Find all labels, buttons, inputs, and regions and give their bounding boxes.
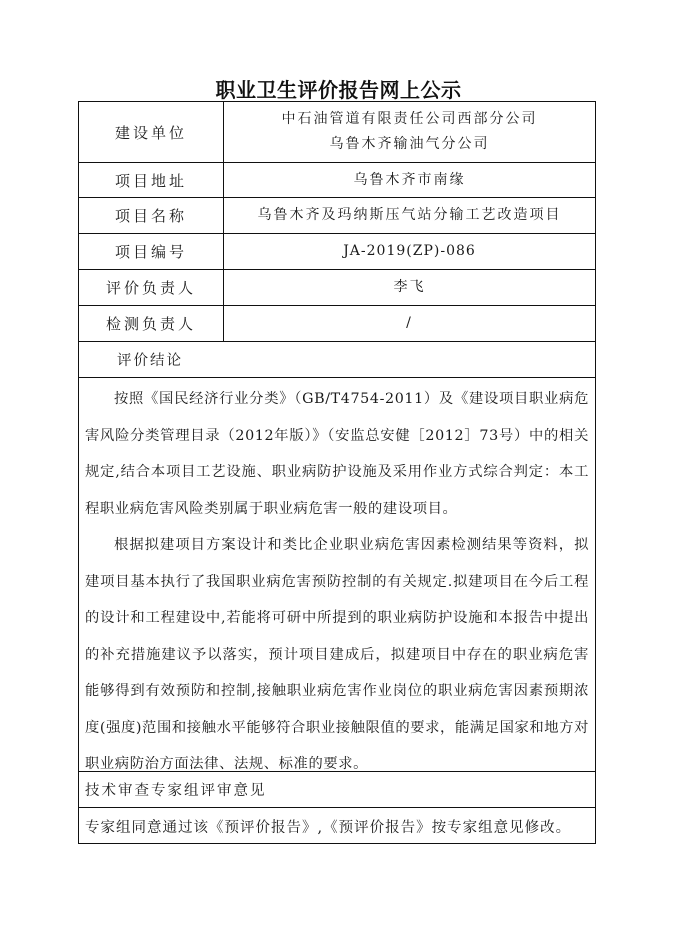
label-testing-lead: 检测负责人 xyxy=(79,306,224,341)
label-evaluation-lead: 评价负责人 xyxy=(79,270,224,305)
label-project-name: 项目名称 xyxy=(79,198,224,233)
table-row-evaluation-lead: 评价负责人 李飞 xyxy=(79,270,595,306)
value-testing-lead: / xyxy=(224,306,595,341)
info-table: 建设单位 中石油管道有限责任公司西部分公司 乌鲁木齐输油气分公司 项目地址 乌鲁… xyxy=(78,101,596,844)
value-line: 中石油管道有限责任公司西部分公司 xyxy=(282,107,538,132)
label-project-number: 项目编号 xyxy=(79,234,224,269)
value-project-name: 乌鲁木齐及玛纳斯压气站分输工艺改造项目 xyxy=(224,198,595,233)
table-row-construction-unit: 建设单位 中石油管道有限责任公司西部分公司 乌鲁木齐输油气分公司 xyxy=(79,102,595,163)
expert-review-opinion: 专家组同意通过该《预评价报告》,《预评价报告》按专家组意见修改。 xyxy=(79,808,595,844)
table-row-expert-heading: 技术审查专家组评审意见 xyxy=(79,772,595,808)
table-row-project-number: 项目编号 JA-2019(ZP)-086 xyxy=(79,234,595,270)
table-row-expert-opinion: 专家组同意通过该《预评价报告》,《预评价报告》按专家组意见修改。 xyxy=(79,808,595,844)
expert-review-heading: 技术审查专家组评审意见 xyxy=(79,772,595,807)
label-construction-unit: 建设单位 xyxy=(79,102,224,162)
conclusion-paragraph: 按照《国民经济行业分类》（GB/T4754-2011）及《建设项目职业病危害风险… xyxy=(79,381,595,527)
table-row-conclusion-heading: 评价结论 xyxy=(79,342,595,378)
label-project-address: 项目地址 xyxy=(79,163,224,197)
value-evaluation-lead: 李飞 xyxy=(224,270,595,305)
value-project-number: JA-2019(ZP)-086 xyxy=(224,234,595,269)
value-project-address: 乌鲁木齐市南缘 xyxy=(224,163,595,197)
table-row-project-name: 项目名称 乌鲁木齐及玛纳斯压气站分输工艺改造项目 xyxy=(79,198,595,234)
page-title: 职业卫生评价报告网上公示 xyxy=(0,74,677,103)
value-line: 乌鲁木齐输油气分公司 xyxy=(330,132,490,157)
table-row-testing-lead: 检测负责人 / xyxy=(79,306,595,342)
table-row-project-address: 项目地址 乌鲁木齐市南缘 xyxy=(79,163,595,198)
conclusion-paragraph: 根据拟建项目方案设计和类比企业职业病危害因素检测结果等资料，拟建项目基本执行了我… xyxy=(79,527,595,783)
table-row-conclusion-body: 按照《国民经济行业分类》（GB/T4754-2011）及《建设项目职业病危害风险… xyxy=(79,378,595,772)
value-construction-unit: 中石油管道有限责任公司西部分公司 乌鲁木齐输油气分公司 xyxy=(224,102,595,162)
conclusion-heading: 评价结论 xyxy=(79,342,595,377)
